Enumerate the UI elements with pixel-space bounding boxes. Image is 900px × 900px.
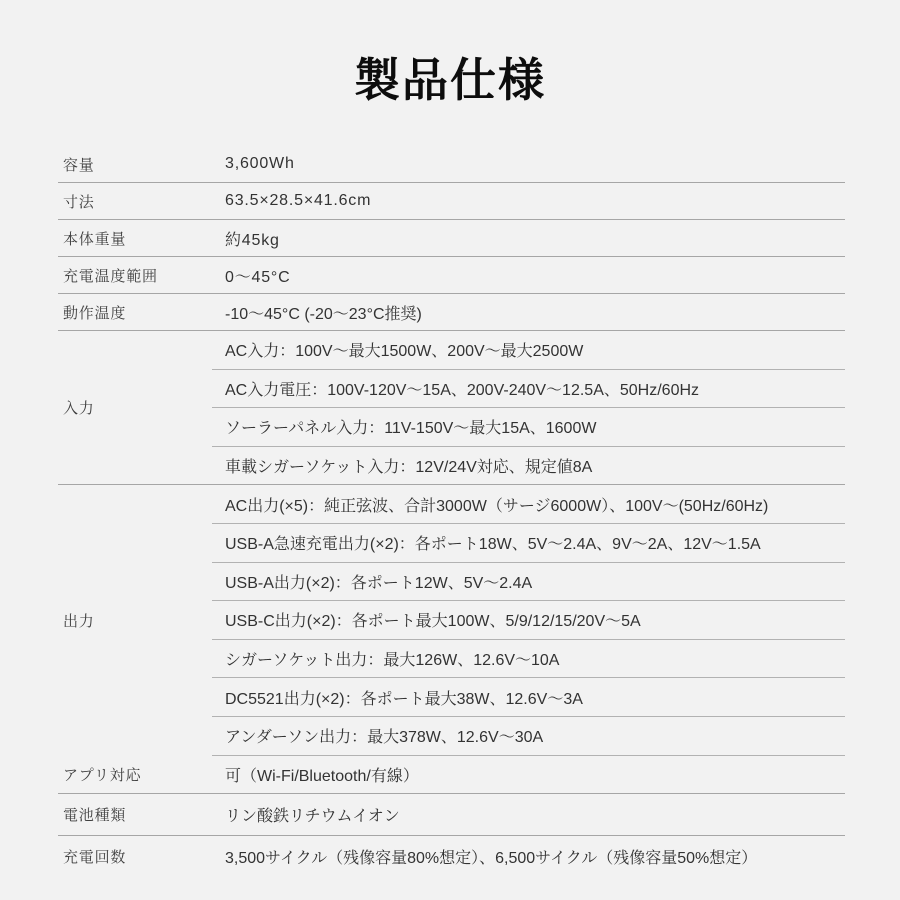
spec-sub-item: アンダーソン出力：最大378W、12.6V〜30A bbox=[212, 716, 845, 755]
spec-row-6: 出力AC出力(×5)：純正弦波、合計3000W（サージ6000W）、100V〜(… bbox=[58, 485, 845, 755]
spec-row-2: 本体重量約45kg bbox=[58, 220, 845, 257]
spec-sub-item: シガーソケット出力：最大126W、12.6V〜10A bbox=[212, 639, 845, 678]
spec-sub-item: USB-C出力(×2)：各ポート最大100W、5/9/12/15/20V〜5A bbox=[212, 600, 845, 639]
spec-sub-item: USB-A出力(×2)：各ポート12W、5V〜2.4A bbox=[212, 562, 845, 601]
spec-row-9: 充電回数3,500サイクル（残像容量80%想定）、6,500サイクル（残像容量5… bbox=[58, 836, 845, 878]
spec-sheet-page: 製品仕様 容量3,600Wh寸法63.5×28.5×41.6cm本体重量約45k… bbox=[0, 0, 900, 900]
spec-row-8: 電池種類リン酸鉄リチウムイオン bbox=[58, 794, 845, 836]
spec-row-label: 電池種類 bbox=[58, 794, 212, 835]
spec-row-label: 動作温度 bbox=[58, 294, 212, 330]
spec-sub-item: AC入力電圧：100V-120V〜15A、200V-240V〜12.5A、50H… bbox=[212, 369, 845, 408]
spec-row-label: 本体重量 bbox=[58, 220, 212, 256]
page-title: 製品仕様 bbox=[0, 0, 900, 103]
spec-row-value: 0〜45°C bbox=[212, 257, 845, 293]
spec-row-value: 約45kg bbox=[212, 220, 845, 256]
spec-row-1: 寸法63.5×28.5×41.6cm bbox=[58, 183, 845, 220]
spec-row-3: 充電温度範囲0〜45°C bbox=[58, 257, 845, 294]
spec-row-7: アプリ対応可（Wi-Fi/Bluetooth/有線） bbox=[58, 756, 845, 794]
spec-row-4: 動作温度-10〜45°C (-20〜23°C推奨) bbox=[58, 294, 845, 331]
spec-row-value: リン酸鉄リチウムイオン bbox=[212, 794, 845, 835]
spec-row-label: 入力 bbox=[58, 331, 212, 484]
spec-row-label: 容量 bbox=[58, 146, 212, 182]
spec-row-value: 3,600Wh bbox=[212, 146, 845, 182]
spec-row-0: 容量3,600Wh bbox=[58, 146, 845, 183]
spec-sub-item: AC入力：100V〜最大1500W、200V〜最大2500W bbox=[212, 331, 845, 369]
spec-row-5: 入力AC入力：100V〜最大1500W、200V〜最大2500WAC入力電圧：1… bbox=[58, 331, 845, 485]
spec-row-value: 63.5×28.5×41.6cm bbox=[212, 183, 845, 219]
spec-row-value: 可（Wi-Fi/Bluetooth/有線） bbox=[212, 756, 845, 793]
spec-table: 容量3,600Wh寸法63.5×28.5×41.6cm本体重量約45kg充電温度… bbox=[58, 146, 845, 878]
spec-row-label: 充電回数 bbox=[58, 836, 212, 878]
spec-section-items: AC出力(×5)：純正弦波、合計3000W（サージ6000W）、100V〜(50… bbox=[212, 485, 845, 755]
spec-row-label: 寸法 bbox=[58, 183, 212, 219]
spec-row-label: 出力 bbox=[58, 485, 212, 755]
spec-sub-item: USB-A急速充電出力(×2)：各ポート18W、5V〜2.4A、9V〜2A、12… bbox=[212, 523, 845, 562]
spec-row-value: 3,500サイクル（残像容量80%想定）、6,500サイクル（残像容量50%想定… bbox=[212, 836, 845, 878]
spec-row-value: -10〜45°C (-20〜23°C推奨) bbox=[212, 294, 845, 330]
spec-row-label: アプリ対応 bbox=[58, 756, 212, 793]
spec-section-items: AC入力：100V〜最大1500W、200V〜最大2500WAC入力電圧：100… bbox=[212, 331, 845, 484]
spec-sub-item: DC5521出力(×2)：各ポート最大38W、12.6V〜3A bbox=[212, 677, 845, 716]
spec-row-label: 充電温度範囲 bbox=[58, 257, 212, 293]
spec-sub-item: ソーラーパネル入力：11V-150V〜最大15A、1600W bbox=[212, 407, 845, 446]
spec-sub-item: AC出力(×5)：純正弦波、合計3000W（サージ6000W）、100V〜(50… bbox=[212, 485, 845, 523]
spec-sub-item: 車載シガーソケット入力：12V/24V対応、規定値8A bbox=[212, 446, 845, 485]
